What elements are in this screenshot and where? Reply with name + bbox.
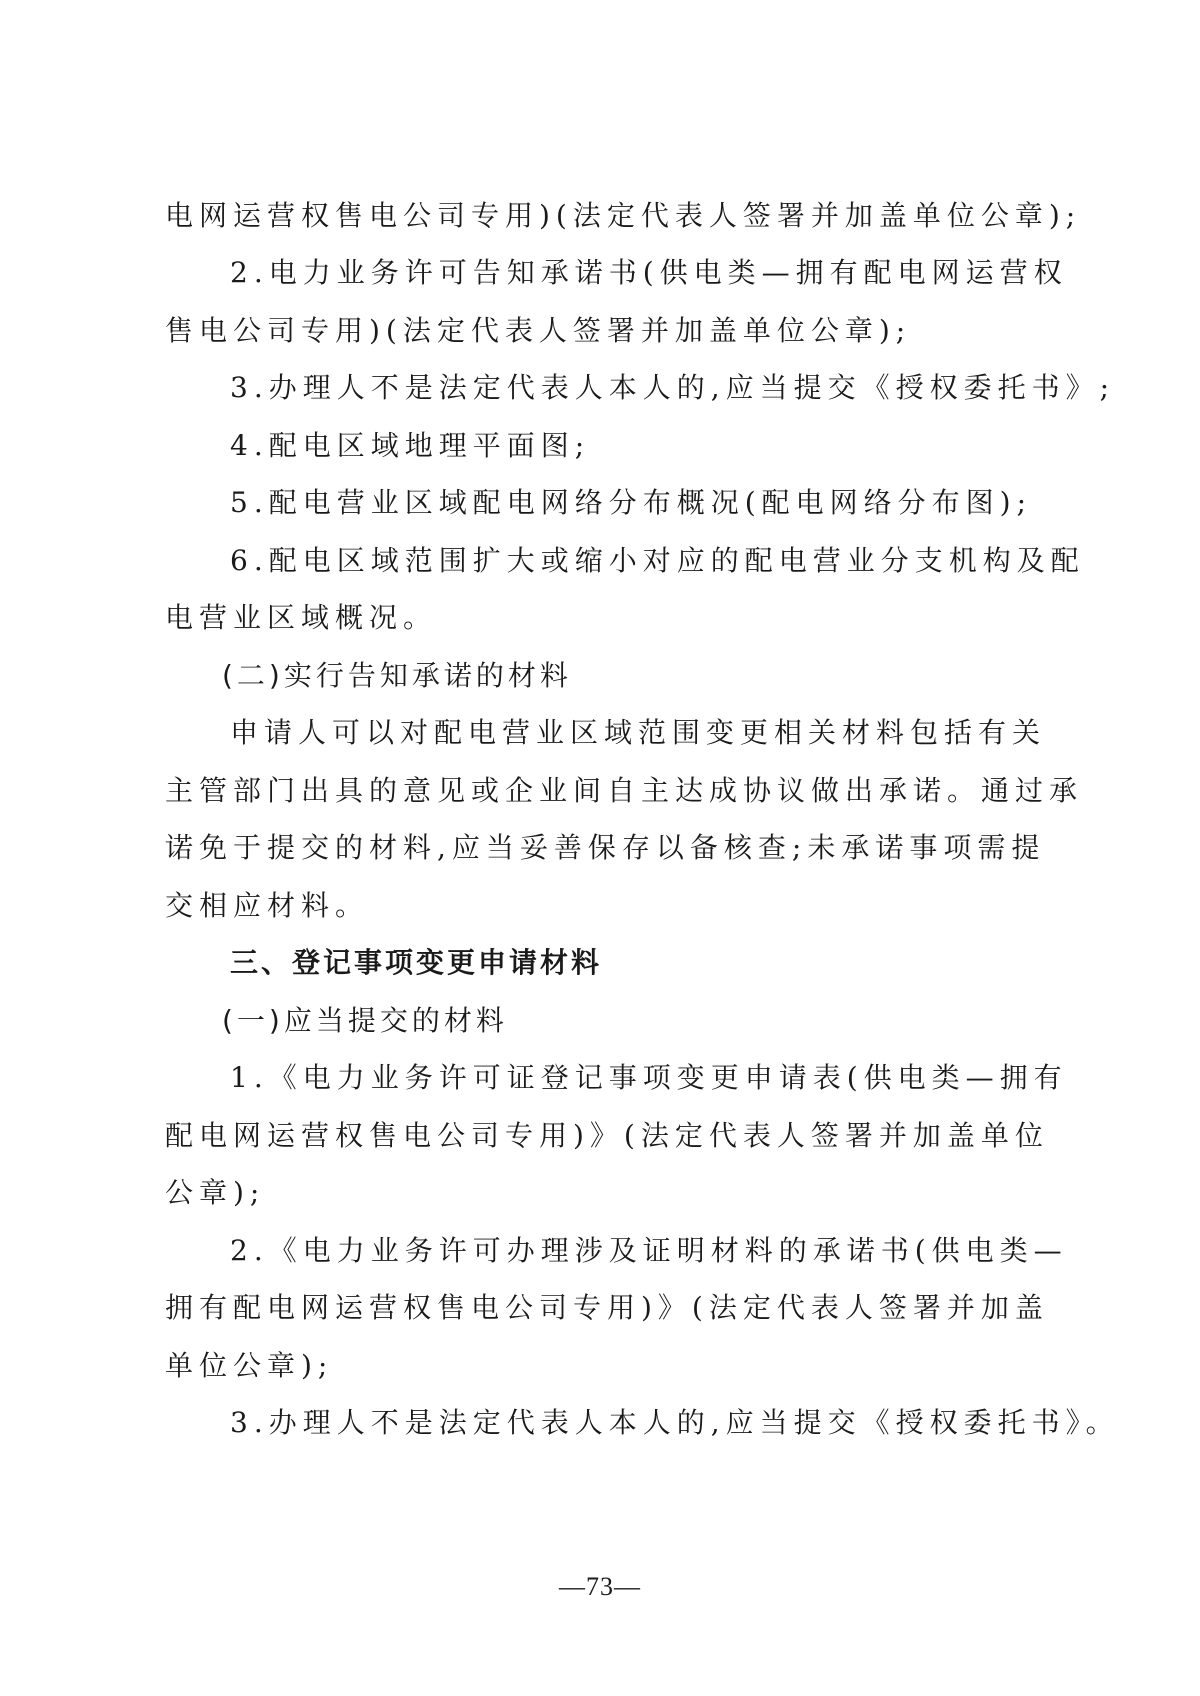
list-item-5: 5.配电营业区域配电网络分布概况(配电网络分布图); <box>230 483 1032 523</box>
section-heading-required-materials: (一)应当提交的材料 <box>222 1001 508 1041</box>
list-item-1-line-2: 配电网运营权售电公司专用)》(法定代表人签署并加盖单位 <box>165 1116 1049 1156</box>
section-heading-commitment-materials: (二)实行告知承诺的材料 <box>222 656 572 696</box>
list-item-4: 4.配电区域地理平面图; <box>230 426 590 466</box>
paragraph-line: 主管部门出具的意见或企业间自主达成协议做出承诺。通过承 <box>165 771 1083 811</box>
list-item-6-line-2: 电营业区域概况。 <box>165 598 437 638</box>
list-item-2-line-1: 2.《电力业务许可办理涉及证明材料的承诺书(供电类— <box>230 1231 1068 1271</box>
list-item-6-line-1: 6.配电区域范围扩大或缩小对应的配电营业分支机构及配 <box>230 541 1085 581</box>
list-item-2-line-3: 单位公章); <box>165 1346 333 1386</box>
list-item-2-line-1: 2.电力业务许可告知承诺书(供电类—拥有配电网运营权 <box>230 253 1068 293</box>
paragraph-line: 申请人可以对配电营业区域范围变更相关材料包括有关 <box>230 713 1046 753</box>
list-item-1-line-1: 1.《电力业务许可证登记事项变更申请表(供电类—拥有 <box>230 1058 1068 1098</box>
paragraph-line: 电网运营权售电公司专用)(法定代表人签署并加盖单位公章); <box>165 196 1081 236</box>
page-number: —73— <box>0 1572 1200 1602</box>
list-item-2-line-2: 售电公司专用)(法定代表人签署并加盖单位公章); <box>165 311 911 351</box>
list-item-1-line-3: 公章); <box>165 1173 265 1213</box>
paragraph-line: 交相应材料。 <box>165 886 369 926</box>
list-item-2-line-2: 拥有配电网运营权售电公司专用)》(法定代表人签署并加盖 <box>165 1288 1049 1328</box>
document-page: 电网运营权售电公司专用)(法定代表人签署并加盖单位公章); 2.电力业务许可告知… <box>0 0 1200 1696</box>
section-heading-registration-change: 三、登记事项变更申请材料 <box>230 943 602 983</box>
list-item-3: 3.办理人不是法定代表人本人的,应当提交《授权委托书》。 <box>230 1403 1120 1443</box>
list-item-3: 3.办理人不是法定代表人本人的,应当提交《授权委托书》; <box>230 368 1115 408</box>
paragraph-line: 诺免于提交的材料,应当妥善保存以备核查;未承诺事项需提 <box>165 828 1045 868</box>
